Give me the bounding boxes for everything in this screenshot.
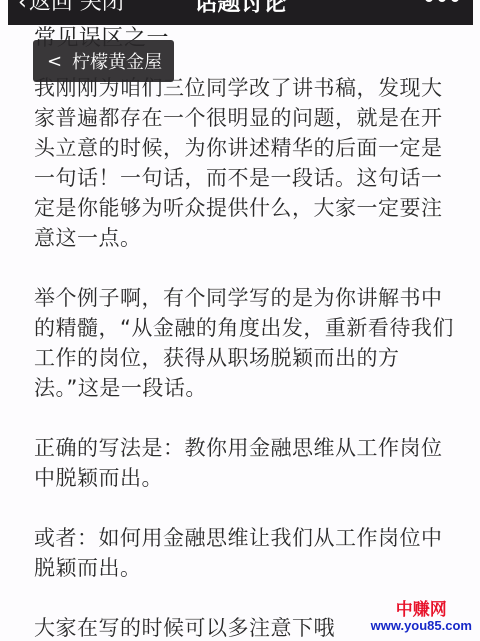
- paragraph: 举个例子啊，有个同学写的是为你讲解书中的精髓，“从金融的角度出发，重新看待我们工…: [34, 283, 454, 403]
- watermark-name: 中赚网: [371, 601, 472, 619]
- dot: [438, 0, 446, 2]
- paragraph: 或者：如何用金融思维让我们从工作岗位中脱颖而出。: [34, 523, 454, 583]
- chevron-left-icon: <: [47, 51, 62, 72]
- dot: [451, 0, 459, 2]
- article-content: 常见误区之一 我刚刚为咱们三位同学改了讲书稿，发现大家普遍都存在一个很明显的问题…: [34, 22, 454, 641]
- dot: [425, 0, 433, 2]
- watermark-url: www.you85.com: [371, 619, 472, 633]
- paragraph: 我刚刚为咱们三位同学改了讲书稿，发现大家普遍都存在一个很明显的问题，就是在开头立…: [34, 73, 454, 253]
- paragraph: 正确的写法是：教你用金融思维从工作岗位中脱颖而出。: [34, 433, 454, 493]
- article-body: 我刚刚为咱们三位同学改了讲书稿，发现大家普遍都存在一个很明显的问题，就是在开头立…: [34, 73, 454, 641]
- page-title: 话题讨论: [8, 0, 473, 18]
- floating-back-chip[interactable]: < 柠檬黄金屋: [33, 40, 174, 82]
- more-dots-icon[interactable]: [425, 0, 459, 2]
- floating-back-label: 柠檬黄金屋: [72, 48, 162, 74]
- watermark: 中赚网 www.you85.com: [371, 601, 472, 633]
